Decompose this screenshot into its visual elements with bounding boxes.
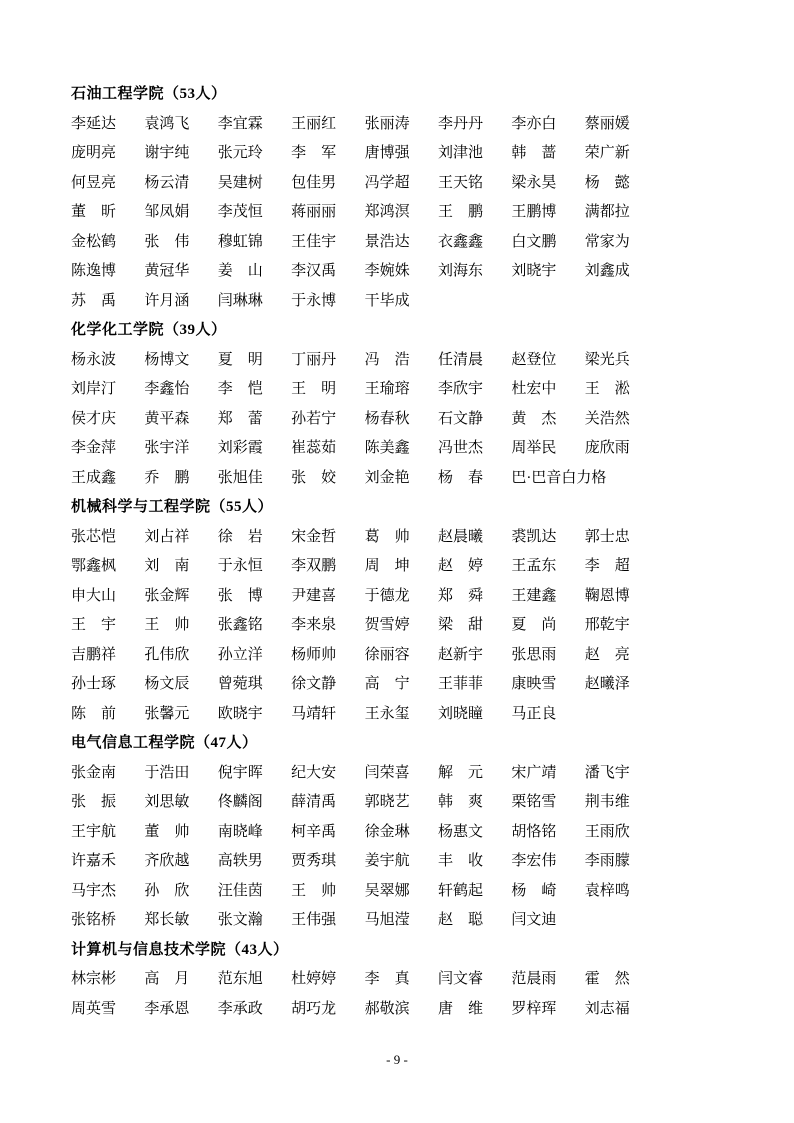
student-name: 干毕成: [365, 287, 438, 317]
student-name: 王鹏博: [511, 198, 584, 228]
student-name: 许嘉禾: [71, 847, 144, 877]
name-row: 林宗彬高 月范东旭杜婷婷李 真闫文睿范晨雨霍 然: [71, 965, 731, 995]
student-name: 梁光兵: [585, 346, 658, 376]
student-name: 范东旭: [218, 965, 291, 995]
name-row: 鄂鑫枫刘 南于永恒李双鹏周 坤赵 婷王孟东李 超: [71, 552, 731, 582]
student-name: 侯才庆: [71, 405, 144, 435]
student-name: 王 宇: [71, 611, 144, 641]
student-name: 杨春秋: [365, 405, 438, 435]
student-name: 轩鹤起: [438, 877, 511, 907]
student-name: 张金辉: [144, 582, 217, 612]
student-name: 赵登位: [511, 346, 584, 376]
student-name: 王孟东: [511, 552, 584, 582]
student-name: 解 元: [438, 759, 511, 789]
student-name: 吴翠娜: [365, 877, 438, 907]
student-name: 邹凤娟: [144, 198, 217, 228]
student-name: 闫文睿: [438, 965, 511, 995]
name-row: 李金萍张宇洋刘彩霞崔蕊茹陈美鑫冯世杰周举民庞欣雨: [71, 434, 731, 464]
name-row: 王成鑫乔 鹏张旭佳张 姣刘金艳杨 春巴·巴音白力格: [71, 464, 731, 494]
student-name: 孙若宁: [291, 405, 364, 435]
name-row: 王 宇王 帅张鑫铭李来泉贺雪婷梁 甜夏 尚邢乾宇: [71, 611, 731, 641]
student-name: 杨 春: [438, 464, 511, 494]
student-name: 张文瀚: [218, 906, 291, 936]
student-name: 蒋丽丽: [291, 198, 364, 228]
student-name: 郭晓艺: [365, 788, 438, 818]
student-name: 郭士忠: [585, 523, 658, 553]
student-name: 徐丽容: [365, 641, 438, 671]
student-name: 李 恺: [218, 375, 291, 405]
student-name: 刘晓宇: [511, 257, 584, 287]
name-row: 杨永波杨博文夏 明丁丽丹冯 浩任清晨赵登位梁光兵: [71, 346, 731, 376]
student-name: 张铭桥: [71, 906, 144, 936]
student-name: 陈 前: [71, 700, 144, 730]
section-heading: 机械科学与工程学院（55人）: [71, 493, 731, 523]
student-name: 陈逸博: [71, 257, 144, 287]
student-name: 贾秀琪: [291, 847, 364, 877]
student-name: 李 真: [365, 965, 438, 995]
name-row: 张芯恺刘占祥徐 岩宋金哲葛 帅赵晨曦裘凯达郭士忠: [71, 523, 731, 553]
name-row: 许嘉禾齐欣越高轶男贾秀琪姜宇航丰 收李宏伟李雨朦: [71, 847, 731, 877]
student-name: 满都拉: [585, 198, 658, 228]
student-name: 蔡丽媛: [585, 110, 658, 140]
student-name: 杨 懿: [585, 169, 658, 199]
student-name: 金松鹤: [71, 228, 144, 258]
student-name: 申大山: [71, 582, 144, 612]
student-name: 徐金琳: [365, 818, 438, 848]
student-name: 周举民: [511, 434, 584, 464]
student-name: 丁丽丹: [291, 346, 364, 376]
student-name: 丰 收: [438, 847, 511, 877]
name-row: 申大山张金辉张 博尹建喜于德龙郑 舜王建鑫鞠恩博: [71, 582, 731, 612]
student-name: 刘鑫成: [585, 257, 658, 287]
student-name: 谢宇纯: [144, 139, 217, 169]
name-row: 金松鹤张 伟穆虹锦王佳宇景浩达衣鑫鑫白文鹏常家为: [71, 228, 731, 258]
student-name: 李亦白: [511, 110, 584, 140]
student-name: 南晓峰: [218, 818, 291, 848]
student-name: 高 月: [144, 965, 217, 995]
student-name: 贺雪婷: [365, 611, 438, 641]
student-name: 栗铭雪: [511, 788, 584, 818]
student-name: 王宇航: [71, 818, 144, 848]
student-name: 刘晓瞳: [438, 700, 511, 730]
student-name: 王伟强: [291, 906, 364, 936]
student-name: 齐欣越: [144, 847, 217, 877]
student-name: 陈美鑫: [365, 434, 438, 464]
student-name: 霍 然: [585, 965, 658, 995]
student-name: 康映雪: [511, 670, 584, 700]
student-name: 张思雨: [511, 641, 584, 671]
student-name: 张芯恺: [71, 523, 144, 553]
student-name: 林宗彬: [71, 965, 144, 995]
student-name: 姜宇航: [365, 847, 438, 877]
student-name: 王瑜瑢: [365, 375, 438, 405]
student-name: 曾菀琪: [218, 670, 291, 700]
student-name: 董 昕: [71, 198, 144, 228]
student-name: 王建鑫: [511, 582, 584, 612]
student-name: 刘 南: [144, 552, 217, 582]
student-name: 欧晓宇: [218, 700, 291, 730]
student-name: 王 帅: [291, 877, 364, 907]
name-row: 苏 禹许月涵闫琳琳于永博干毕成: [71, 287, 731, 317]
student-name: 赵新宇: [438, 641, 511, 671]
student-name: 宋广靖: [511, 759, 584, 789]
student-name: 刘占祥: [144, 523, 217, 553]
student-name: 李 超: [585, 552, 658, 582]
student-name: 王天铭: [438, 169, 511, 199]
name-row: 刘岸汀李鑫怡李 恺王 明王瑜瑢李欣宇杜宏中王 淞: [71, 375, 731, 405]
student-name: 王菲菲: [438, 670, 511, 700]
name-row: 董 昕邹凤娟李茂恒蒋丽丽郑鸿溟王 鹏王鹏博满都拉: [71, 198, 731, 228]
name-row: 周英雪李承恩李承政胡巧龙郝敬滨唐 维罗梓珲刘志福: [71, 995, 731, 1025]
name-row: 侯才庆黄平森郑 蕾孙若宁杨春秋石文静黄 杰关浩然: [71, 405, 731, 435]
student-name: 张 姣: [291, 464, 364, 494]
student-name: 胡巧龙: [291, 995, 364, 1025]
student-name: 杨 崎: [511, 877, 584, 907]
student-name: 张丽涛: [365, 110, 438, 140]
student-name: 冯 浩: [365, 346, 438, 376]
student-name: 孙士琢: [71, 670, 144, 700]
student-name: 黄 杰: [511, 405, 584, 435]
student-name: 张 博: [218, 582, 291, 612]
student-name: 苏 禹: [71, 287, 144, 317]
student-name: 王永玺: [365, 700, 438, 730]
student-name: 唐博强: [365, 139, 438, 169]
section-heading: 计算机与信息技术学院（43人）: [71, 936, 731, 966]
student-name: 李雨朦: [585, 847, 658, 877]
student-name: 裘凯达: [511, 523, 584, 553]
student-name: 于永博: [291, 287, 364, 317]
student-name: 许月涵: [144, 287, 217, 317]
student-name: 张鑫铭: [218, 611, 291, 641]
student-name: 张金南: [71, 759, 144, 789]
student-name: 李鑫怡: [144, 375, 217, 405]
student-name: 王 帅: [144, 611, 217, 641]
student-name: 孙立洋: [218, 641, 291, 671]
student-name: 刘思敏: [144, 788, 217, 818]
student-name: 刘彩霞: [218, 434, 291, 464]
student-name: 张 振: [71, 788, 144, 818]
student-name: 郑 舜: [438, 582, 511, 612]
student-name: 杨云清: [144, 169, 217, 199]
student-name: 周英雪: [71, 995, 144, 1025]
student-name: 庞欣雨: [585, 434, 658, 464]
student-name: 王成鑫: [71, 464, 144, 494]
student-name: 邢乾宇: [585, 611, 658, 641]
student-name: 张元玲: [218, 139, 291, 169]
student-name: 薛清禹: [291, 788, 364, 818]
name-row: 孙士琢杨文辰曾菀琪徐文静高 宁王菲菲康映雪赵曦泽: [71, 670, 731, 700]
student-name: 杜婷婷: [291, 965, 364, 995]
student-name: 王 淞: [585, 375, 658, 405]
student-name: 巴·巴音白力格: [511, 464, 584, 494]
student-name: 李来泉: [291, 611, 364, 641]
student-name: 马靖轩: [291, 700, 364, 730]
student-name: 刘志福: [585, 995, 658, 1025]
student-name: 李丹丹: [438, 110, 511, 140]
section-heading: 石油工程学院（53人）: [71, 80, 731, 110]
student-name: 景浩达: [365, 228, 438, 258]
student-name: 唐 维: [438, 995, 511, 1025]
student-name: 刘津池: [438, 139, 511, 169]
student-name: 杜宏中: [511, 375, 584, 405]
name-row: 陈 前张馨元欧晓宇马靖轩王永玺刘晓瞳马正良: [71, 700, 731, 730]
name-row: 庞明亮谢宇纯张元玲李 军唐博强刘津池韩 蔷荣广新: [71, 139, 731, 169]
student-name: 潘飞宇: [585, 759, 658, 789]
student-name: 黄平森: [144, 405, 217, 435]
student-name: 李茂恒: [218, 198, 291, 228]
student-name: 刘岸汀: [71, 375, 144, 405]
student-name: 杨博文: [144, 346, 217, 376]
student-name: 李承恩: [144, 995, 217, 1025]
student-name: 马旭滢: [365, 906, 438, 936]
student-name: 韩 蔷: [511, 139, 584, 169]
student-name: 葛 帅: [365, 523, 438, 553]
student-name: 赵 聪: [438, 906, 511, 936]
student-name: 杨永波: [71, 346, 144, 376]
student-name: 杨师帅: [291, 641, 364, 671]
student-name: 庞明亮: [71, 139, 144, 169]
student-name: 石文静: [438, 405, 511, 435]
student-name: 郑 蕾: [218, 405, 291, 435]
student-name: 黄冠华: [144, 257, 217, 287]
student-name: 郑长敏: [144, 906, 217, 936]
student-name: 赵 婷: [438, 552, 511, 582]
student-name: 荆韦维: [585, 788, 658, 818]
student-name: 鄂鑫枫: [71, 552, 144, 582]
student-name: 孙 欣: [144, 877, 217, 907]
name-row: 李延达袁鸿飞李宜霖王丽红张丽涛李丹丹李亦白蔡丽媛: [71, 110, 731, 140]
student-name: 鞠恩博: [585, 582, 658, 612]
student-name: 张馨元: [144, 700, 217, 730]
student-name: 纪大安: [291, 759, 364, 789]
student-name: 闫文迪: [511, 906, 584, 936]
student-name: 郑鸿溟: [365, 198, 438, 228]
student-name: 汪佳茵: [218, 877, 291, 907]
name-row: 陈逸博黄冠华姜 山李汉禹李婉姝刘海东刘晓宇刘鑫成: [71, 257, 731, 287]
document-page: 石油工程学院（53人）李延达袁鸿飞李宜霖王丽红张丽涛李丹丹李亦白蔡丽媛庞明亮谢宇…: [0, 0, 794, 1123]
student-name: 杨惠文: [438, 818, 511, 848]
student-name: 刘金艳: [365, 464, 438, 494]
student-name: 崔蕊茹: [291, 434, 364, 464]
student-name: 韩 爽: [438, 788, 511, 818]
student-name: 张 伟: [144, 228, 217, 258]
student-name: 袁梓鸣: [585, 877, 658, 907]
name-row: 张 振刘思敏佟麟阁薛清禹郭晓艺韩 爽栗铭雪荆韦维: [71, 788, 731, 818]
student-name: 高轶男: [218, 847, 291, 877]
student-name: 宋金哲: [291, 523, 364, 553]
student-name: 李汉禹: [291, 257, 364, 287]
name-row: 吉鹏祥孔伟欣孙立洋杨师帅徐丽容赵新宇张思雨赵 亮: [71, 641, 731, 671]
student-name: 王丽红: [291, 110, 364, 140]
student-name: 夏 明: [218, 346, 291, 376]
student-name: 佟麟阁: [218, 788, 291, 818]
name-row: 张铭桥郑长敏张文瀚王伟强马旭滢赵 聪闫文迪: [71, 906, 731, 936]
student-name: 袁鸿飞: [144, 110, 217, 140]
student-name: 马宇杰: [71, 877, 144, 907]
student-name: 周 坤: [365, 552, 438, 582]
student-name: 于浩田: [144, 759, 217, 789]
student-name: 柯辛禹: [291, 818, 364, 848]
student-name: 李 军: [291, 139, 364, 169]
student-name: 倪宇晖: [218, 759, 291, 789]
name-row: 王宇航董 帅南晓峰柯辛禹徐金琳杨惠文胡恪铭王雨欣: [71, 818, 731, 848]
student-name: 刘海东: [438, 257, 511, 287]
student-name: 包佳男: [291, 169, 364, 199]
student-name: 尹建喜: [291, 582, 364, 612]
section-heading: 化学化工学院（39人）: [71, 316, 731, 346]
student-name: 孔伟欣: [144, 641, 217, 671]
student-name: 梁 甜: [438, 611, 511, 641]
student-name: 吴建树: [218, 169, 291, 199]
student-name: 夏 尚: [511, 611, 584, 641]
student-name: 罗梓珲: [511, 995, 584, 1025]
student-name: 王 鹏: [438, 198, 511, 228]
student-name: 张旭佳: [218, 464, 291, 494]
student-name: 李金萍: [71, 434, 144, 464]
student-name: 关浩然: [585, 405, 658, 435]
student-name: 闫琳琳: [218, 287, 291, 317]
student-name: 徐文静: [291, 670, 364, 700]
student-name: 胡恪铭: [511, 818, 584, 848]
student-name: 冯学超: [365, 169, 438, 199]
student-name: 白文鹏: [511, 228, 584, 258]
student-name: 王雨欣: [585, 818, 658, 848]
section-heading: 电气信息工程学院（47人）: [71, 729, 731, 759]
student-name: 梁永昊: [511, 169, 584, 199]
page-number: - 9 -: [0, 1052, 794, 1068]
student-name: 王佳宇: [291, 228, 364, 258]
student-name: 何昱亮: [71, 169, 144, 199]
student-name: 张宇洋: [144, 434, 217, 464]
student-name: 李婉姝: [365, 257, 438, 287]
student-name: 任清晨: [438, 346, 511, 376]
student-name: 王 明: [291, 375, 364, 405]
student-name: 乔 鹏: [144, 464, 217, 494]
student-name: 赵晨曦: [438, 523, 511, 553]
student-name: 马正良: [511, 700, 584, 730]
student-name: 李延达: [71, 110, 144, 140]
student-name: 李宜霖: [218, 110, 291, 140]
student-name: 赵曦泽: [585, 670, 658, 700]
student-name: 赵 亮: [585, 641, 658, 671]
student-name: 姜 山: [218, 257, 291, 287]
student-name: 冯世杰: [438, 434, 511, 464]
student-name: 李双鹏: [291, 552, 364, 582]
student-name: 徐 岩: [218, 523, 291, 553]
name-row: 张金南于浩田倪宇晖纪大安闫荣喜解 元宋广靖潘飞宇: [71, 759, 731, 789]
student-name: 常家为: [585, 228, 658, 258]
student-name: 闫荣喜: [365, 759, 438, 789]
student-name: 李欣宇: [438, 375, 511, 405]
name-row: 马宇杰孙 欣汪佳茵王 帅吴翠娜轩鹤起杨 崎袁梓鸣: [71, 877, 731, 907]
name-row: 何昱亮杨云清吴建树包佳男冯学超王天铭梁永昊杨 懿: [71, 169, 731, 199]
student-name: 李宏伟: [511, 847, 584, 877]
student-name: 董 帅: [144, 818, 217, 848]
student-name: 荣广新: [585, 139, 658, 169]
student-name: 吉鹏祥: [71, 641, 144, 671]
student-name: 杨文辰: [144, 670, 217, 700]
student-name: 范晨雨: [511, 965, 584, 995]
student-name: 穆虹锦: [218, 228, 291, 258]
student-name: 于永恒: [218, 552, 291, 582]
student-name: 于德龙: [365, 582, 438, 612]
document-body: 石油工程学院（53人）李延达袁鸿飞李宜霖王丽红张丽涛李丹丹李亦白蔡丽媛庞明亮谢宇…: [71, 80, 731, 1024]
student-name: 高 宁: [365, 670, 438, 700]
student-name: 李承政: [218, 995, 291, 1025]
student-name: 郝敬滨: [365, 995, 438, 1025]
student-name: 衣鑫鑫: [438, 228, 511, 258]
